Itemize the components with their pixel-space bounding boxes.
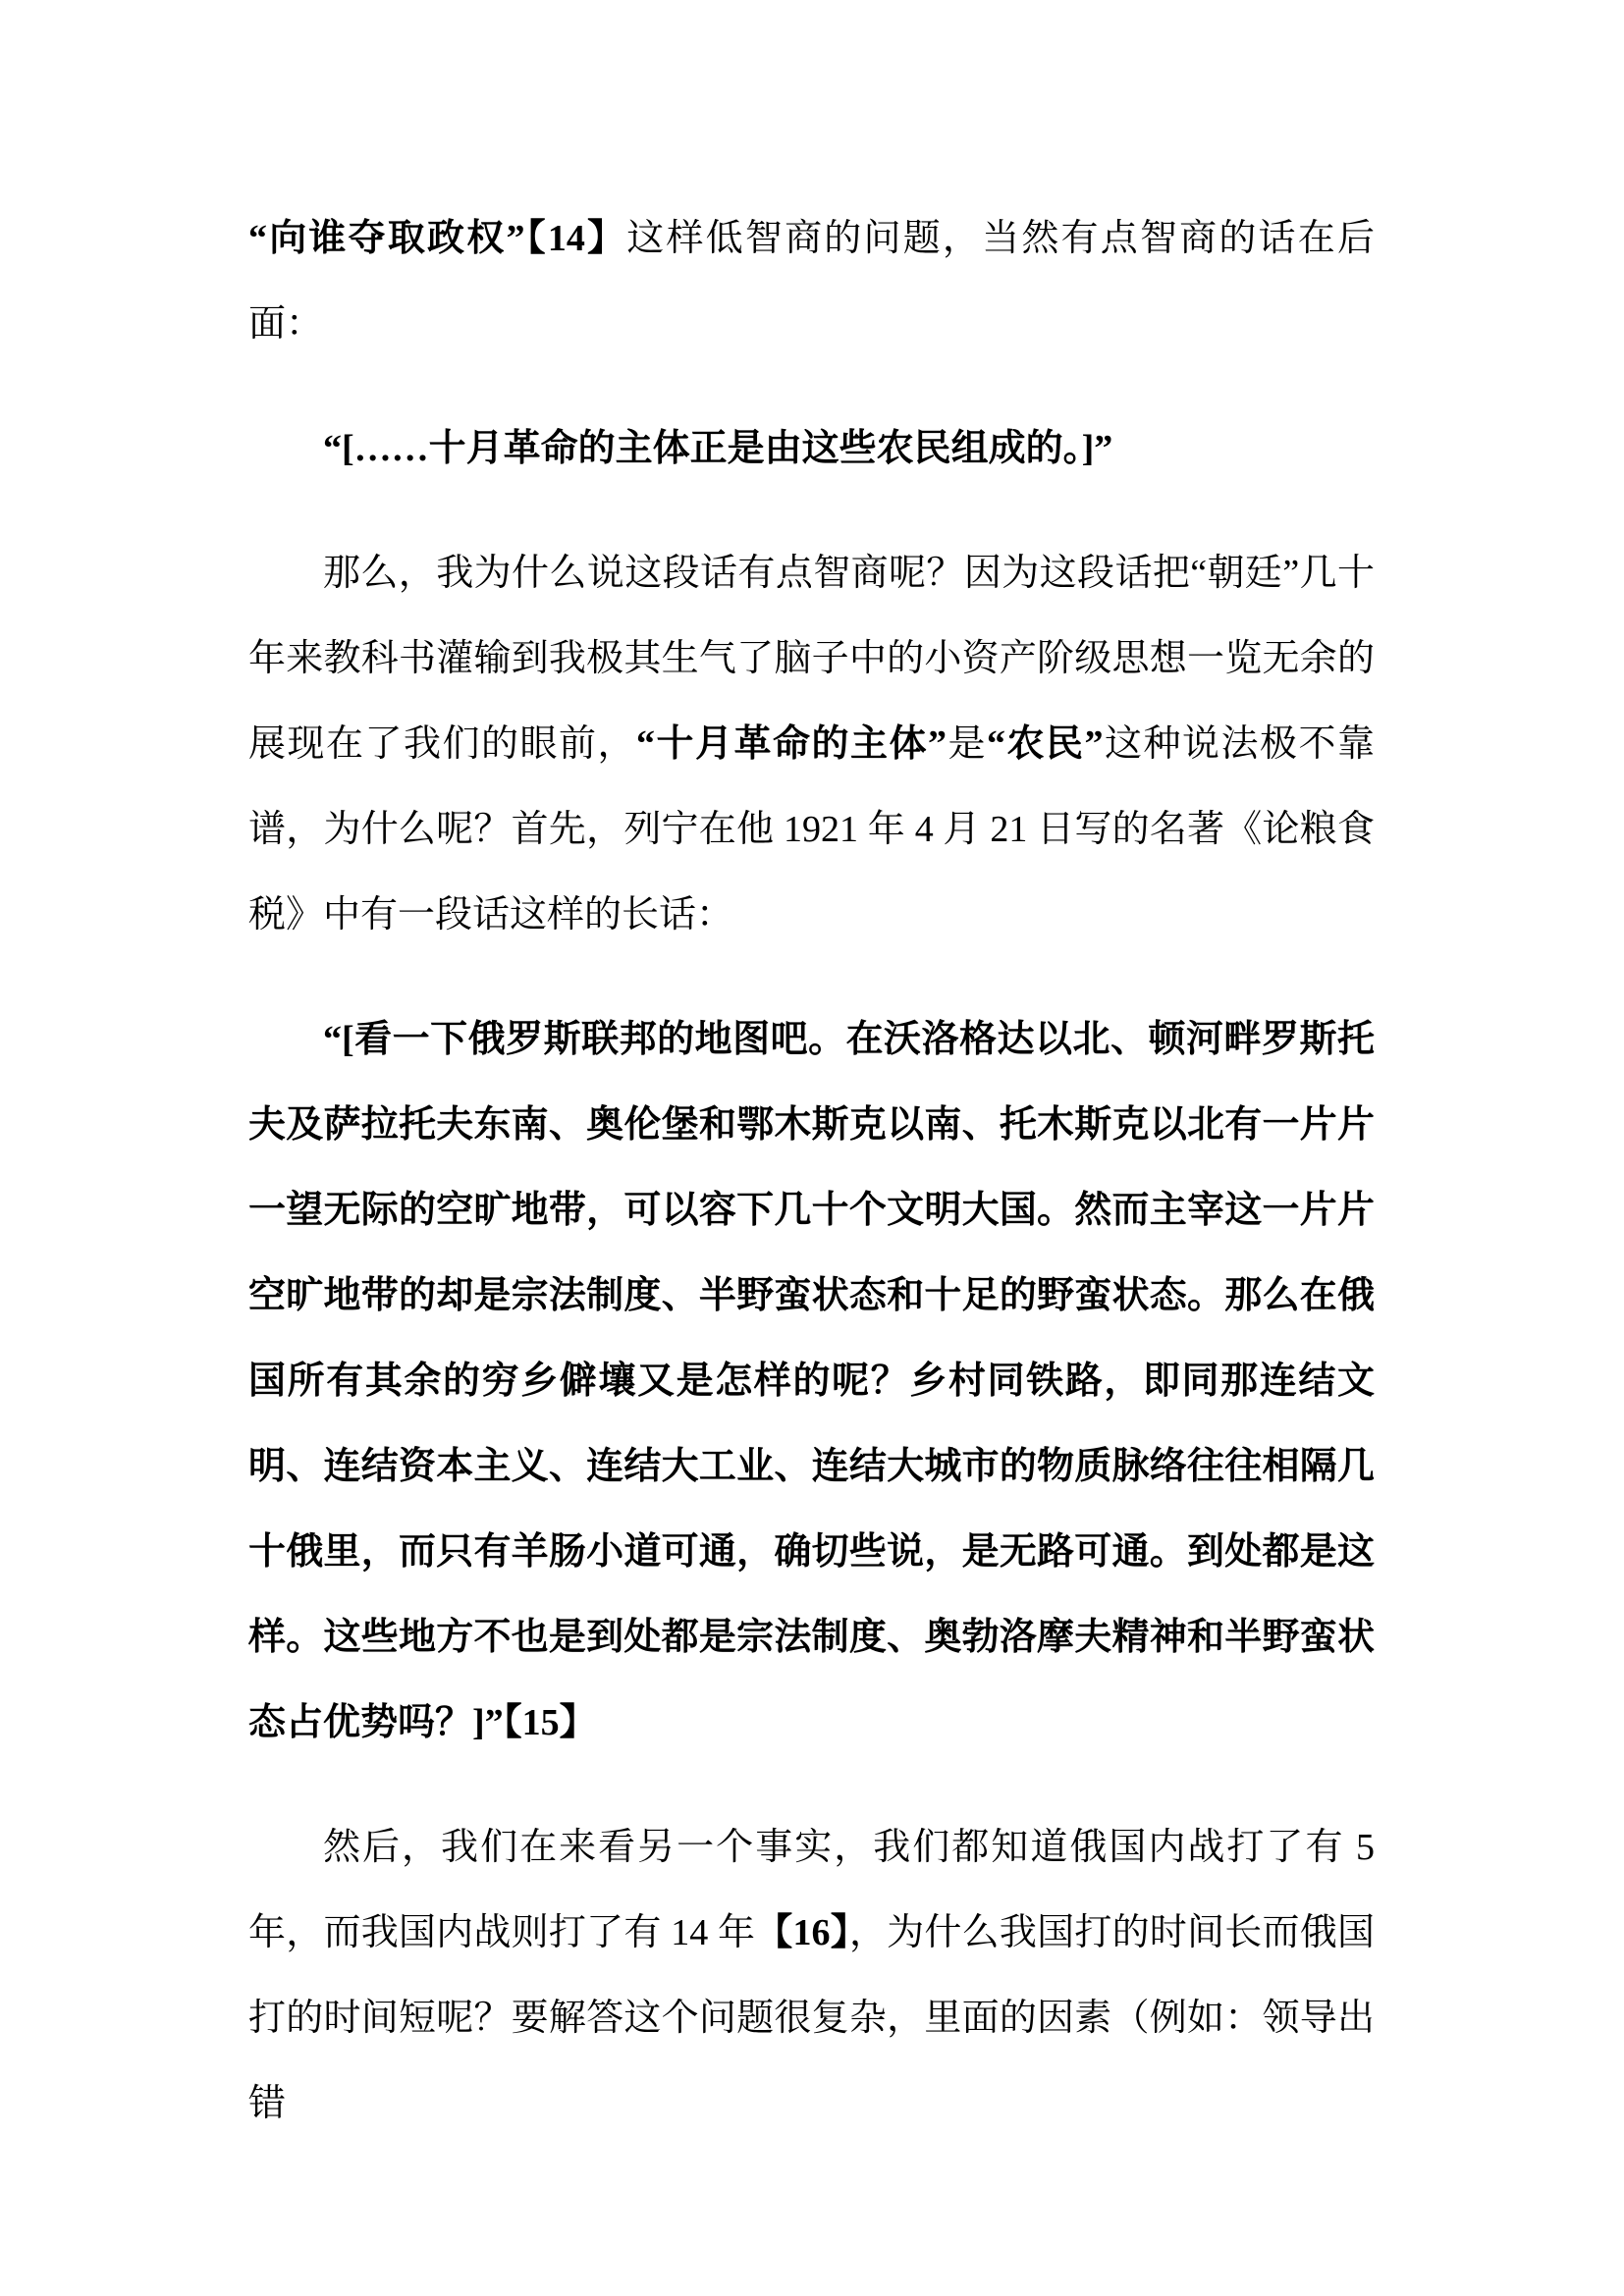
quote-lenin-food-tax: “[看一下俄罗斯联邦的地图吧。在沃洛格达以北、顿河畔罗斯托夫及萨拉托夫东南、奥伦… — [248, 997, 1375, 1766]
document-page: “向谁夺取政权”【14】这样低智商的问题，当然有点智商的话在后面：“[……十月革… — [0, 0, 1624, 2296]
paragraph-civil-war-comparison: 然后，我们在来看另一个事实，我们都知道俄国内战打了有 5 年，而我国内战则打了有… — [248, 1805, 1375, 2147]
paragraph-intro-continuation: “向谁夺取政权”【14】这样低智商的问题，当然有点智商的话在后面： — [248, 196, 1375, 367]
text-run: 是 — [947, 723, 987, 765]
bold-text-run: “[……十月革命的主体正是由这些农民组成的。]” — [323, 428, 1112, 469]
bold-text-run: “农民” — [987, 723, 1104, 765]
document-body: “向谁夺取政权”【14】这样低智商的问题，当然有点智商的话在后面：“[……十月革… — [248, 196, 1375, 2186]
quote-october-revolution-subject: “[……十月革命的主体正是由这些农民组成的。]” — [248, 406, 1375, 492]
bold-text-run: “十月革命的主体” — [636, 723, 947, 765]
bold-text-run: “向谁夺取政权”【14】 — [248, 218, 626, 259]
bold-text-run: “[看一下俄罗斯联邦的地图吧。在沃洛格达以北、顿河畔罗斯托夫及萨拉托夫东南、奥伦… — [248, 1019, 1375, 1743]
paragraph-why-smart: 那么，我为什么说这段话有点智商呢？因为这段话把“朝廷”几十年来教科书灌输到我极其… — [248, 531, 1375, 958]
bold-text-run: 【16】 — [755, 1912, 849, 1953]
